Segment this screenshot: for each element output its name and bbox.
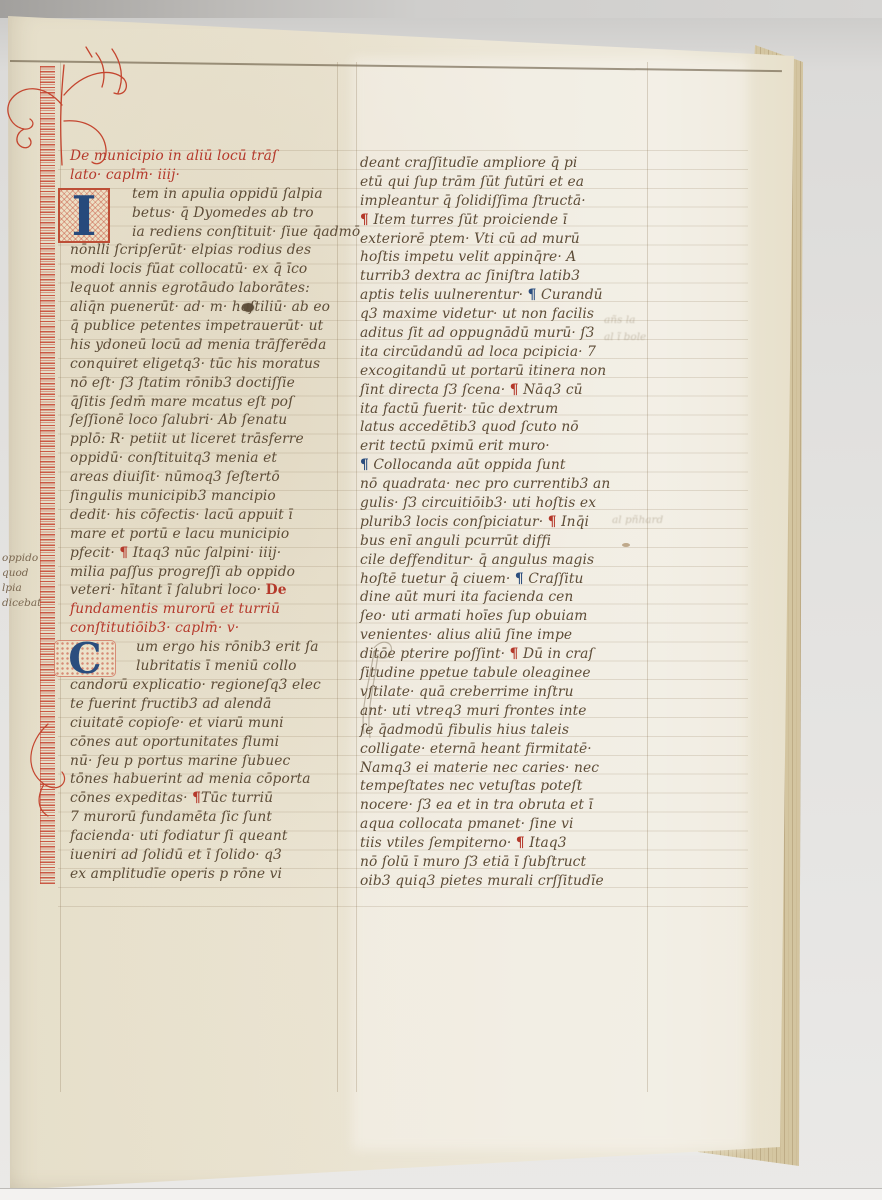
- manuscript-line: nō ſolū ī muro ſ3 etiā ī ſubſtruct: [360, 854, 648, 873]
- manuscript-line: facienda· uti fodiatur ſi queant: [70, 828, 342, 847]
- manuscript-line: erit tectū pximū erit muro·: [360, 438, 648, 457]
- manuscript-line: ſingulis municipib3 mancipio: [70, 488, 342, 507]
- manuscript-line: tiis vtiles ſempiterno· ¶ Itaq3: [360, 835, 648, 854]
- manuscript-line: oppidū· conſtituitq3 menia et: [70, 450, 342, 469]
- manuscript-line: aditus ſit ad oppugnādū murū· ſ3: [360, 325, 648, 344]
- manuscript-line: mare et portū e lacu municipio: [70, 526, 342, 545]
- manuscript-line: ſeſſionē loco ſalubri· Ab ſenatu: [70, 412, 342, 431]
- manuscript-line: fundamentis murorū et turriū: [70, 601, 342, 620]
- manuscript-line: 7 murorū fundamēta ſic ſunt: [70, 809, 342, 828]
- capitulum-mark-red: De: [266, 582, 287, 598]
- manuscript-line: Namq3 ei materie nec caries· nec: [360, 760, 648, 779]
- manuscript-line: colligate· eternā heant firmitatē·: [360, 741, 648, 760]
- manuscript-line: etū qui ſup trām ſūt futūri et ea: [360, 174, 648, 193]
- manuscript-line: lequot annis egrotāudo laborātes:: [70, 280, 342, 299]
- manuscript-line: plurib3 locis conſpiciatur· ¶ Inq̄i: [360, 514, 648, 533]
- manuscript-line: turrib3 dextra ac ſiniſtra latib3: [360, 268, 648, 287]
- manuscript-line: lato· caplm̄· iiij·: [70, 167, 342, 186]
- capitulum-mark-red: ¶: [516, 835, 525, 851]
- manuscript-line: lubritatis ī meniū collo: [70, 658, 342, 677]
- manuscript-line: vſtilate· quā creberrime inſtru: [360, 684, 648, 703]
- manuscript-line: ¶ Item turres ſūt proiciende ī: [360, 212, 648, 231]
- manuscript-line: tempeſtates nec vetuſtas poteſt: [360, 778, 648, 797]
- manuscript-line: q3 maxime videtur· ut non facilis: [360, 306, 648, 325]
- manuscript-line: ciuitatē copioſe· et viarū muni: [70, 715, 342, 734]
- capitulum-mark-red: ¶: [548, 514, 557, 530]
- manuscript-line: aqua collocata pmanet· ſine vi: [360, 816, 648, 835]
- photo-top-shadow: [0, 0, 882, 18]
- text-column-left: De municipio in aliū locū trāſlato· capl…: [70, 148, 342, 885]
- capitulum-mark-red: ¶: [119, 545, 128, 561]
- manuscript-line: nō quadrata· nec pro currentib3 an: [360, 476, 648, 495]
- manuscript-line: veteri· hītant ī ſalubri loco· De: [70, 582, 342, 601]
- manuscript-line: ditōe pterire poſſint· ¶ Dū in craſ: [360, 646, 648, 665]
- manuscript-line: cōnes aut oportunitates flumi: [70, 734, 342, 753]
- capitulum-mark-red: ¶: [510, 382, 519, 398]
- manuscript-line: q̄ſitis ſedm̄ mare mcatus eſt poſ: [70, 394, 342, 413]
- manuscript-line: modi locis fūat collocatū· ex q̄ īco: [70, 261, 342, 280]
- manuscript-line: venientes· alius aliū ſine impe: [360, 627, 648, 646]
- manuscript-line: hoſtis impetu velit appinq̄re· A: [360, 249, 648, 268]
- manuscript-line: betus· q̄ Dyomedes ab tro: [70, 205, 342, 224]
- manuscript-line: conquiret eligetq3· tūc his moratus: [70, 356, 342, 375]
- manuscript-line: nocere· ſ3 ea et in tra obruta et ī: [360, 797, 648, 816]
- marginal-gloss-line: lpia dicebat: [2, 581, 64, 611]
- manuscript-line: q̄ publice petentes impetrauerūt· ut: [70, 318, 342, 337]
- manuscript-line: De municipio in aliū locū trāſ: [70, 148, 342, 167]
- manuscript-line: ſint directa ſ3 ſcena· ¶ Nāq3 cū: [360, 382, 648, 401]
- manuscript-line: oib3 quiq3 pietes murali crſſitudīe: [360, 873, 648, 892]
- manuscript-line: ſe q̄admodū fibulis hius taleis: [360, 722, 648, 741]
- manuscript-line: nōnlli ſcripſerūt· elpias rodius des: [70, 242, 342, 261]
- manuscript-line: conſtitutiōib3· caplm̄· v·: [70, 620, 342, 639]
- capitulum-mark-red: ¶: [510, 646, 519, 662]
- text-block: Item in apulia oppidū ſalpiabetus· q̄ Dy…: [70, 186, 342, 602]
- manuscript-line: aptis telis uulnerentur· ¶ Curandū: [360, 287, 648, 306]
- capitulum-mark-blue: ¶: [528, 287, 537, 303]
- capitulum-mark-red: ¶: [360, 212, 369, 228]
- rubric-block: fundamentis murorū et turriūconſtitutiōi…: [70, 601, 342, 639]
- marginal-gloss: oppido quod lpia dicebat: [2, 551, 64, 611]
- manuscript-line: impleantur q̄ ſolidiſſima ſtructā·: [360, 193, 648, 212]
- manuscript-line: nō eſt· ſ3 ſtatim rōnib3 doctiſſie: [70, 375, 342, 394]
- marginal-gloss-line: oppido quod: [2, 551, 64, 581]
- penwork-flourish-bottom: [14, 718, 78, 822]
- manuscript-line: dine aūt muri ita facienda cen: [360, 589, 648, 608]
- manuscript-line: tōnes habuerint ad menia cōporta: [70, 771, 342, 790]
- manuscript-line: iueniri ad ſolidū et ī ſolido· q3: [70, 847, 342, 866]
- vertical-ruling: [356, 62, 357, 1092]
- manuscript-line: deant craſſitudīe ampliore q̄ pi: [360, 155, 648, 174]
- manuscript-photo: { "colors":{"ink":"#5d4c37","rubric_red"…: [0, 0, 882, 1200]
- manuscript-line: areas diuiſit· nūmoq3 ſeſtertō: [70, 469, 342, 488]
- manuscript-line: cōnes expeditas· ¶Tūc turriū: [70, 790, 342, 809]
- manuscript-line: pplō: R· petiit ut liceret trāsferre: [70, 431, 342, 450]
- manuscript-line: te fuerint fructib3 ad alendā: [70, 696, 342, 715]
- text-block: Cum ergo his rōnib3 erit ſalubritatis ī …: [70, 639, 342, 885]
- manuscript-line: aliq̄n puenerūt· ad· m· hoſtiliū· ab eo: [70, 299, 342, 318]
- manuscript-line: his ydoneū locū ad menia trāſferēda: [70, 337, 342, 356]
- manuscript-line: bus enī anguli pcurrūt diffi: [360, 533, 648, 552]
- capitulum-mark-blue: ¶: [515, 571, 524, 587]
- manuscript-line: ant· uti vtreq3 muri frontes inte: [360, 703, 648, 722]
- photo-bottom-strip: [0, 1188, 882, 1200]
- manuscript-line: candorū explicatio· regioneſq3 elec: [70, 677, 342, 696]
- manuscript-line: exteriorē ptem· Vti cū ad murū: [360, 231, 648, 250]
- manuscript-line: ſeo· uti armati hoīes ſup obuiam: [360, 608, 648, 627]
- manuscript-line: ſitudine ppetue tabule oleaginee: [360, 665, 648, 684]
- manuscript-line: cile deffenditur· q̄ angulus magis: [360, 552, 648, 571]
- manuscript-line: tem in apulia oppidū ſalpia: [70, 186, 342, 205]
- capitulum-mark-blue: ¶: [360, 457, 369, 473]
- manuscript-line: latus accedētib3 quod ſcuto nō: [360, 419, 648, 438]
- text-column-right: deant craſſitudīe ampliore q̄ pietū qui …: [360, 155, 648, 892]
- manuscript-line: ex amplitudīe operis p rōne vi: [70, 866, 342, 885]
- manuscript-line: ita circūdandū ad loca pcipicia· 7: [360, 344, 648, 363]
- text-block: deant craſſitudīe ampliore q̄ pietū qui …: [360, 155, 648, 892]
- manuscript-line: nū· ſeu p portus marine ſubuec: [70, 753, 342, 772]
- manuscript-line: gulis· ſ3 circuitiōib3· uti hoſtis ex: [360, 495, 648, 514]
- manuscript-line: pfecit· ¶ Itaq3 nūc ſalpini· iiij·: [70, 545, 342, 564]
- manuscript-line: milia paſſus progreſſi ab oppido: [70, 564, 342, 583]
- manuscript-line: ia rediens conſtituit· ſiue q̄admō: [70, 224, 342, 243]
- manuscript-line: dedit· his cōfectis· lacū appuit ī: [70, 507, 342, 526]
- manuscript-line: um ergo his rōnib3 erit ſa: [70, 639, 342, 658]
- manuscript-line: ita factū fuerit· tūc dextrum: [360, 401, 648, 420]
- manuscript-line: ¶ Collocanda aūt oppida ſunt: [360, 457, 648, 476]
- manuscript-line: hoſtē tuetur q̄ ciuem· ¶ Craſſitu: [360, 571, 648, 590]
- manuscript-line: excogitandū ut portarū itinera non: [360, 363, 648, 382]
- capitulum-mark-red: ¶: [192, 790, 201, 806]
- rubric-block: De municipio in aliū locū trāſlato· capl…: [70, 148, 342, 186]
